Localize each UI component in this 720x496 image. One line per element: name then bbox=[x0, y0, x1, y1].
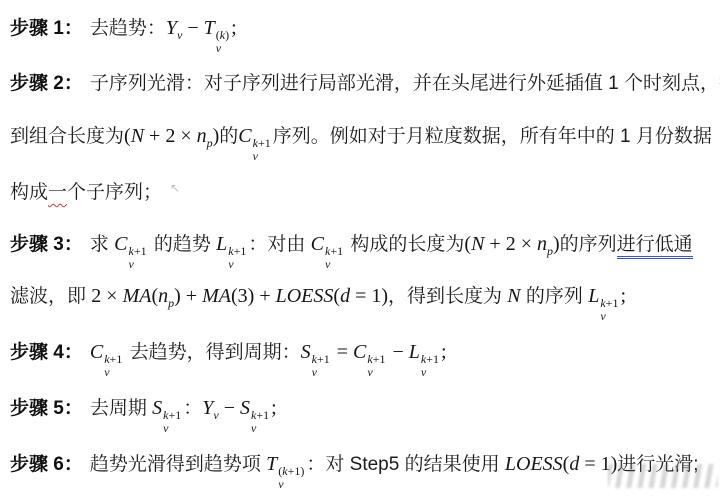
body-text: ，得到长度为 bbox=[388, 286, 507, 307]
body-text: 滤波，即 bbox=[10, 286, 91, 307]
stacked-scripts: k+1v bbox=[600, 297, 618, 322]
body-text: 的趋势 bbox=[149, 234, 217, 255]
body-text: 去周期 bbox=[90, 398, 152, 419]
body-text: ： bbox=[183, 398, 202, 419]
stacked-scripts: k+1v bbox=[163, 409, 181, 434]
subscript: v bbox=[325, 258, 330, 271]
body-text: 的序列 bbox=[560, 234, 617, 255]
body-text: 到组合长度为 bbox=[10, 126, 124, 147]
text-line: 滤波，即 2 × MA(np) + MA(3) + LOESS(d = 1)，得… bbox=[10, 270, 720, 322]
math-expression: Lk+1v bbox=[216, 233, 248, 255]
body-text: 构成的长度为 bbox=[345, 234, 464, 255]
math-expression: Lk+1v; bbox=[588, 285, 626, 307]
stacked-scripts: k+1v bbox=[367, 353, 385, 378]
step-label: 步骤 3： bbox=[10, 234, 83, 255]
math-expression: (N + 2 × np) bbox=[464, 233, 559, 255]
subscript: v bbox=[104, 366, 109, 379]
step-label: 步骤 5： bbox=[10, 398, 83, 419]
text-line: 步骤 4：Ck+1v 去趋势，得到周期：Sk+1v = Ck+1v − Lk+1… bbox=[10, 326, 720, 378]
stacked-scripts: k+1v bbox=[228, 245, 246, 270]
body-text: 构成 bbox=[10, 182, 48, 203]
math-expression: T(k+1)v bbox=[266, 453, 306, 475]
body-text: 的序列 bbox=[521, 286, 589, 307]
math-expression: Sk+1v = Ck+1v − Lk+1v; bbox=[301, 341, 447, 363]
math-expression: N bbox=[507, 285, 520, 307]
stacked-scripts: k+1v bbox=[312, 353, 330, 378]
step-4-paragraph: 步骤 4：Ck+1v 去趋势，得到周期：Sk+1v = Ck+1v − Lk+1… bbox=[10, 326, 720, 378]
step-label: 步骤 1： bbox=[10, 18, 83, 39]
math-expression: Ck+1v bbox=[90, 341, 124, 363]
math-expression: Sk+1v bbox=[152, 397, 183, 419]
body-text: 个子序列； bbox=[67, 182, 162, 203]
misspelled-text: 一 bbox=[48, 182, 67, 203]
stacked-scripts: k+1v bbox=[421, 353, 439, 378]
body-text: 趋势光滑得到趋势项 bbox=[90, 454, 266, 475]
step-label: 步骤 2： bbox=[10, 73, 83, 94]
math-expression: 2 × MA(np) + MA(3) + LOESS(d = 1) bbox=[91, 285, 388, 307]
document-page: 步骤 1：去趋势：Yv − T(k)v;步骤 2：子序列光滑：对子序列进行局部光… bbox=[0, 0, 720, 496]
stacked-scripts: k+1v bbox=[251, 409, 269, 434]
step-6-paragraph: 步骤 6：趋势光滑得到趋势项 T(k+1)v：对 Step5 的结果使用 LOE… bbox=[10, 438, 720, 490]
stacked-scripts: (k)v bbox=[216, 29, 229, 54]
math-expression: Yv − T(k)v; bbox=[166, 17, 237, 39]
subscript: v bbox=[128, 258, 133, 271]
math-expression: Yv − Sk+1v; bbox=[202, 397, 276, 419]
text-line: 步骤 2：子序列光滑：对子序列进行局部光滑，并在头尾进行外延插值 1 个时刻点，… bbox=[10, 58, 720, 110]
subscript: v bbox=[421, 366, 426, 379]
stacked-scripts: k+1v bbox=[253, 137, 271, 162]
math-expression: (N + 2 × np) bbox=[124, 125, 219, 147]
subscript: v bbox=[278, 478, 283, 491]
subscript: v bbox=[228, 258, 233, 271]
step-2-paragraph: 步骤 2：子序列光滑：对子序列进行局部光滑，并在头尾进行外延插值 1 个时刻点，… bbox=[10, 58, 720, 214]
subscript: v bbox=[600, 310, 605, 323]
stacked-scripts: k+1v bbox=[128, 245, 146, 270]
body-text: 进行光滑; bbox=[617, 454, 698, 475]
body-text: 子序列光滑：对子序列进行局部光滑，并在头尾进行外延插值 1 个时刻点，得 bbox=[90, 73, 720, 94]
cursor-artifact: ↖ bbox=[170, 181, 180, 195]
text-line: 到组合长度为(N + 2 × np)的Ck+1v序列。例如对于月粒度数据，所有年… bbox=[10, 110, 720, 162]
subscript: v bbox=[312, 366, 317, 379]
subscript: v bbox=[216, 42, 221, 55]
subscript: v bbox=[163, 422, 168, 435]
step-label: 步骤 6： bbox=[10, 454, 83, 475]
math-expression: Ck+1v bbox=[311, 233, 345, 255]
grammar-flagged-text: 进行低通 bbox=[617, 234, 693, 259]
document-body: 步骤 1：去趋势：Yv − T(k)v;步骤 2：子序列光滑：对子序列进行局部光… bbox=[10, 2, 720, 490]
text-line: 步骤 3：求 Ck+1v 的趋势 Lk+1v：对由 Ck+1v 构成的长度为(N… bbox=[10, 218, 720, 270]
stacked-scripts: (k+1)v bbox=[278, 465, 304, 490]
body-text: 求 bbox=[90, 234, 114, 255]
body-text: 去趋势： bbox=[90, 18, 166, 39]
step-1-paragraph: 步骤 1：去趋势：Yv − T(k)v; bbox=[10, 2, 720, 54]
math-expression: Ck+1v bbox=[238, 125, 272, 147]
subscript: v bbox=[367, 366, 372, 379]
stacked-scripts: k+1v bbox=[104, 353, 122, 378]
text-line: 构成一个子序列；↖ bbox=[10, 162, 720, 214]
subscript: v bbox=[253, 150, 258, 163]
text-line: 步骤 6：趋势光滑得到趋势项 T(k+1)v：对 Step5 的结果使用 LOE… bbox=[10, 438, 720, 490]
body-text: ：对 Step5 的结果使用 bbox=[306, 454, 505, 475]
body-text: 的 bbox=[219, 126, 238, 147]
text-line: 步骤 1：去趋势：Yv − T(k)v; bbox=[10, 2, 720, 54]
text-line: 步骤 5：去周期 Sk+1v：Yv − Sk+1v; bbox=[10, 382, 720, 434]
body-text: 去趋势，得到周期： bbox=[124, 342, 300, 363]
math-expression: Ck+1v bbox=[114, 233, 148, 255]
step-5-paragraph: 步骤 5：去周期 Sk+1v：Yv − Sk+1v; bbox=[10, 382, 720, 434]
step-label: 步骤 4： bbox=[10, 342, 83, 363]
body-text: ：对由 bbox=[248, 234, 310, 255]
step-3-paragraph: 步骤 3：求 Ck+1v 的趋势 Lk+1v：对由 Ck+1v 构成的长度为(N… bbox=[10, 218, 720, 322]
body-text: 序列。例如对于月粒度数据，所有年中的 1 月份数据 bbox=[273, 126, 712, 147]
stacked-scripts: k+1v bbox=[325, 245, 343, 270]
math-expression: LOESS(d = 1) bbox=[505, 453, 617, 475]
subscript: v bbox=[251, 422, 256, 435]
